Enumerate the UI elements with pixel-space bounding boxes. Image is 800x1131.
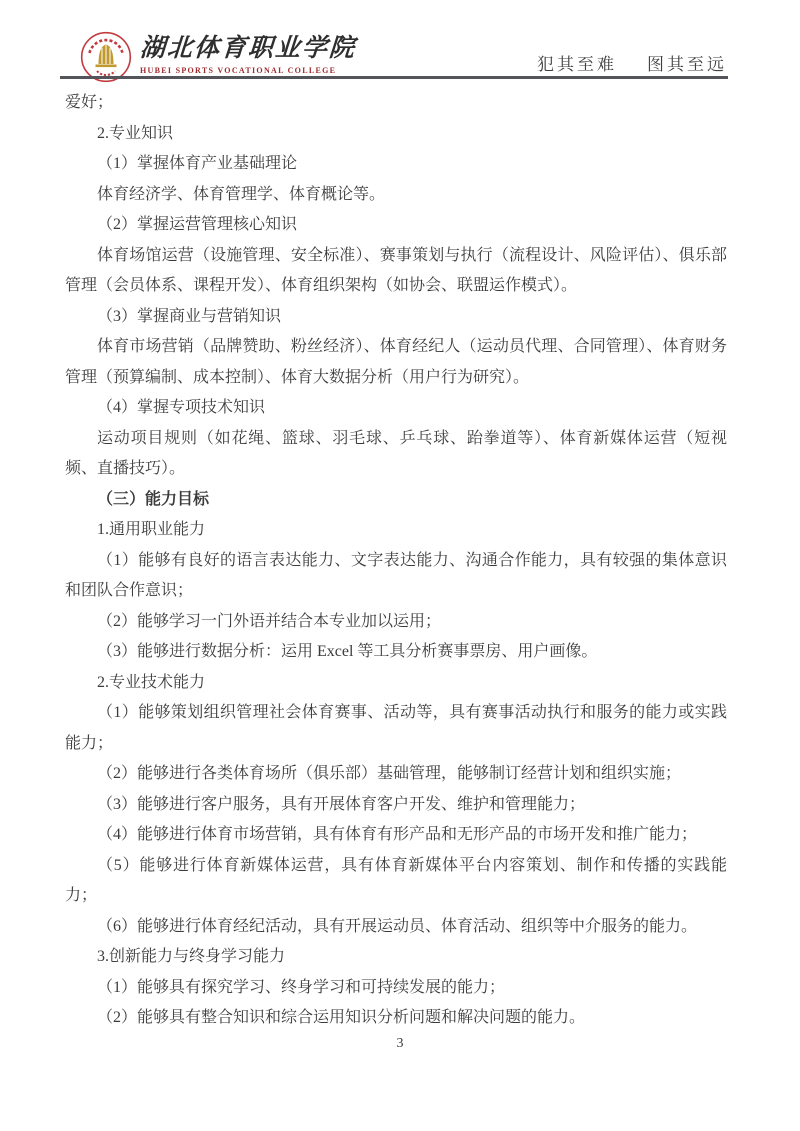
motto-part-1: 犯其至难: [537, 55, 617, 74]
paragraph: （3）能够进行客户服务，具有开展体育客户开发、维护和管理能力；: [65, 790, 727, 821]
paragraph: （4）掌握专项技术知识: [65, 393, 727, 424]
paragraph: 爱好；: [65, 88, 727, 119]
college-name-zh: 湖北体育职业学院: [139, 34, 357, 64]
header-divider: [60, 76, 728, 79]
paragraph: 体育经济学、体育管理学、体育概论等。: [65, 180, 727, 211]
paragraph: （2）掌握运营管理核心知识: [65, 210, 727, 241]
paragraph: （2）能够具有整合知识和综合运用知识分析问题和解决问题的能力。: [65, 1003, 727, 1034]
paragraph: （1）能够有良好的语言表达能力、文字表达能力、沟通合作能力，具有较强的集体意识和…: [65, 546, 727, 607]
document-page: 湖北体育职业学院 HUBEI SPORTS VOCATIONAL COLLEGE…: [0, 0, 800, 1131]
motto-part-2: 图其至远: [647, 55, 727, 74]
paragraph: 3.创新能力与终身学习能力: [65, 942, 727, 973]
paragraph: 1.通用职业能力: [65, 515, 727, 546]
section-heading: （三）能力目标: [65, 485, 727, 516]
page-header: 湖北体育职业学院 HUBEI SPORTS VOCATIONAL COLLEGE…: [0, 0, 800, 80]
paragraph: （2）能够进行各类体育场所（俱乐部）基础管理，能够制订经营计划和组织实施；: [65, 759, 727, 790]
paragraph: （3）掌握商业与营销知识: [65, 302, 727, 333]
college-motto: 犯其至难图其至远: [537, 50, 727, 75]
paragraph: 2.专业知识: [65, 119, 727, 150]
paragraph: 2.专业技术能力: [65, 668, 727, 699]
paragraph: （4）能够进行体育市场营销，具有体育有形产品和无形产品的市场开发和推广能力；: [65, 820, 727, 851]
paragraph: （5）能够进行体育新媒体运营，具有体育新媒体平台内容策划、制作和传播的实践能力；: [65, 851, 727, 912]
page-number: 3: [0, 1036, 800, 1052]
paragraph: 体育场馆运营（设施管理、安全标准）、赛事策划与执行（流程设计、风险评估）、俱乐部…: [65, 241, 727, 302]
college-name-block: 湖北体育职业学院 HUBEI SPORTS VOCATIONAL COLLEGE: [140, 34, 356, 75]
college-name-en: HUBEI SPORTS VOCATIONAL COLLEGE: [140, 66, 356, 75]
paragraph: （3）能够进行数据分析：运用 Excel 等工具分析赛事票房、用户画像。: [65, 637, 727, 668]
paragraph: （1）掌握体育产业基础理论: [65, 149, 727, 180]
paragraph: 体育市场营销（品牌赞助、粉丝经济）、体育经纪人（运动员代理、合同管理）、体育财务…: [65, 332, 727, 393]
paragraph: （2）能够学习一门外语并结合本专业加以运用；: [65, 607, 727, 638]
paragraph: （6）能够进行体育经纪活动，具有开展运动员、体育活动、组织等中介服务的能力。: [65, 912, 727, 943]
paragraph: 运动项目规则（如花绳、篮球、羽毛球、乒乓球、跆拳道等）、体育新媒体运营（短视频、…: [65, 424, 727, 485]
paragraph: （1）能够策划组织管理社会体育赛事、活动等，具有赛事活动执行和服务的能力或实践能…: [65, 698, 727, 759]
paragraph: （1）能够具有探究学习、终身学习和可持续发展的能力；: [65, 973, 727, 1004]
document-body: 爱好；2.专业知识（1）掌握体育产业基础理论体育经济学、体育管理学、体育概论等。…: [65, 88, 727, 1034]
